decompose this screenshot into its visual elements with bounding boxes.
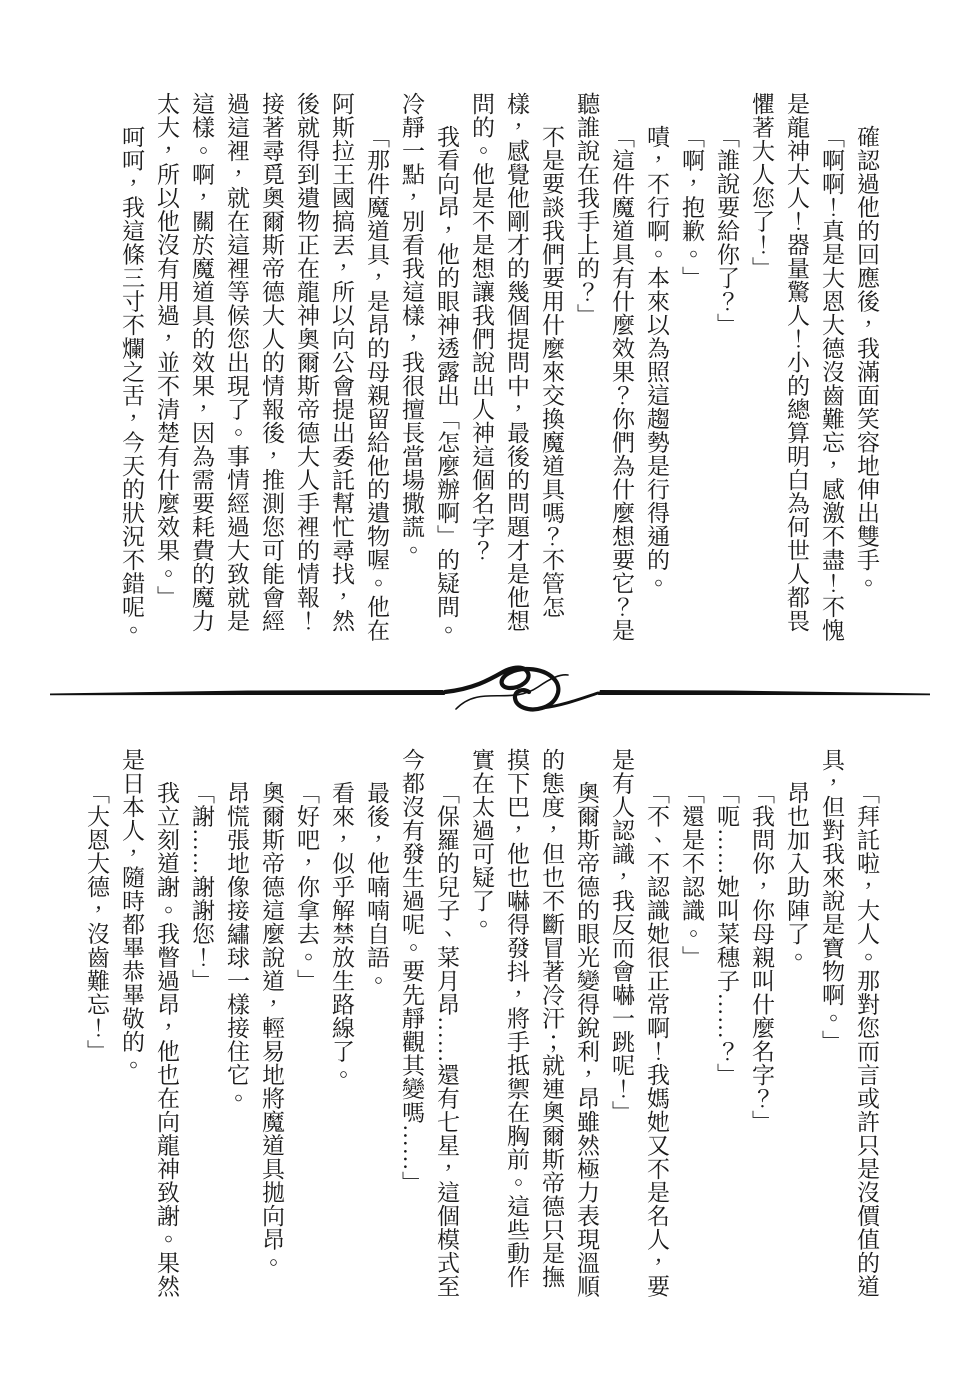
- paragraph: 不是要談我們要用什麼來交換魔道具嗎？不管怎樣，感覺他剛才的幾個提問中，最後的問題…: [464, 92, 569, 648]
- paragraph: 我立刻道謝。我瞥過昂，他也在向龍神致謝。果然是日本人，隨時都畢恭畢敬的。: [114, 748, 184, 1304]
- paragraph: 呵呵，我這條三寸不爛之舌，今天的狀況不錯呢。: [114, 92, 149, 648]
- paragraph: 「誰說要給你了？」: [709, 92, 744, 648]
- paragraph: 「呃……她叫菜穗子……？」: [709, 748, 744, 1304]
- paragraph: 「這件魔道具有什麼效果？你們為什麼想要它？是聽誰說在我手上的？」: [569, 92, 639, 648]
- paragraph: 看來，似乎解禁放生路線了。: [324, 748, 359, 1304]
- paragraph: 我看向昂，他的眼神透露出「怎麼辦啊」的疑問。冷靜一點，別看我這樣，我很擅長當場撒…: [394, 92, 464, 648]
- paragraph: 「好吧，你拿去。」: [289, 748, 324, 1304]
- paragraph: 「還是不認識。」: [674, 748, 709, 1304]
- paragraph: 「大恩大德，沒齒難忘！」: [79, 748, 114, 1304]
- paragraph: 「拜託啦，大人。那對您而言或許只是沒價值的道具，但對我來說是寶物啊。」: [814, 748, 884, 1304]
- paragraph: 奧爾斯帝德這麼說道，輕易地將魔道具拋向昂。: [254, 748, 289, 1304]
- paragraph: 最後，他喃喃自語。: [359, 748, 394, 1304]
- paragraph: 確認過他的回應後，我滿面笑容地伸出雙手。: [849, 92, 884, 648]
- section-divider: [48, 660, 932, 736]
- novel-page: 確認過他的回應後，我滿面笑容地伸出雙手。 「啊啊！真是大恩大德沒齒難忘，感激不盡…: [0, 0, 980, 1389]
- paragraph: 「啊啊！真是大恩大德沒齒難忘，感激不盡！不愧是龍神大人！器量驚人！小的總算明白為…: [744, 92, 849, 648]
- divider-flourish-icon: [48, 660, 932, 736]
- paragraph: 昂慌張地像接繡球一樣接住它。: [219, 748, 254, 1304]
- paragraph: 「不、不認識她很正常啊！我媽她又不是名人，要是有人認識，我反而會嚇一跳呢！」: [604, 748, 674, 1304]
- paragraph: 昂也加入助陣了。: [779, 748, 814, 1304]
- paragraph: 「謝……謝謝您！」: [184, 748, 219, 1304]
- top-text-block: 確認過他的回應後，我滿面笑容地伸出雙手。 「啊啊！真是大恩大德沒齒難忘，感激不盡…: [114, 92, 884, 648]
- paragraph: 「我問你，你母親叫什麼名字？」: [744, 748, 779, 1304]
- paragraph: 奧爾斯帝德的眼光變得銳利，昂雖然極力表現溫順的態度，但也不斷冒著冷汗；就連奧爾斯…: [464, 748, 604, 1304]
- bottom-text-block: 「拜託啦，大人。那對您而言或許只是沒價值的道具，但對我來說是寶物啊。」 昂也加入…: [79, 748, 884, 1304]
- paragraph: 嘖，不行啊。本來以為照這趨勢是行得通的。: [639, 92, 674, 648]
- paragraph: 「那件魔道具，是昂的母親留給他的遺物喔。他在阿斯拉王國搞丟，所以向公會提出委託幫…: [149, 92, 394, 648]
- paragraph: 「保羅的兒子、菜月昂……還有七星，這個模式至今都沒有發生過呢。要先靜觀其變嗎………: [394, 748, 464, 1304]
- paragraph: 「啊，抱歉。」: [674, 92, 709, 648]
